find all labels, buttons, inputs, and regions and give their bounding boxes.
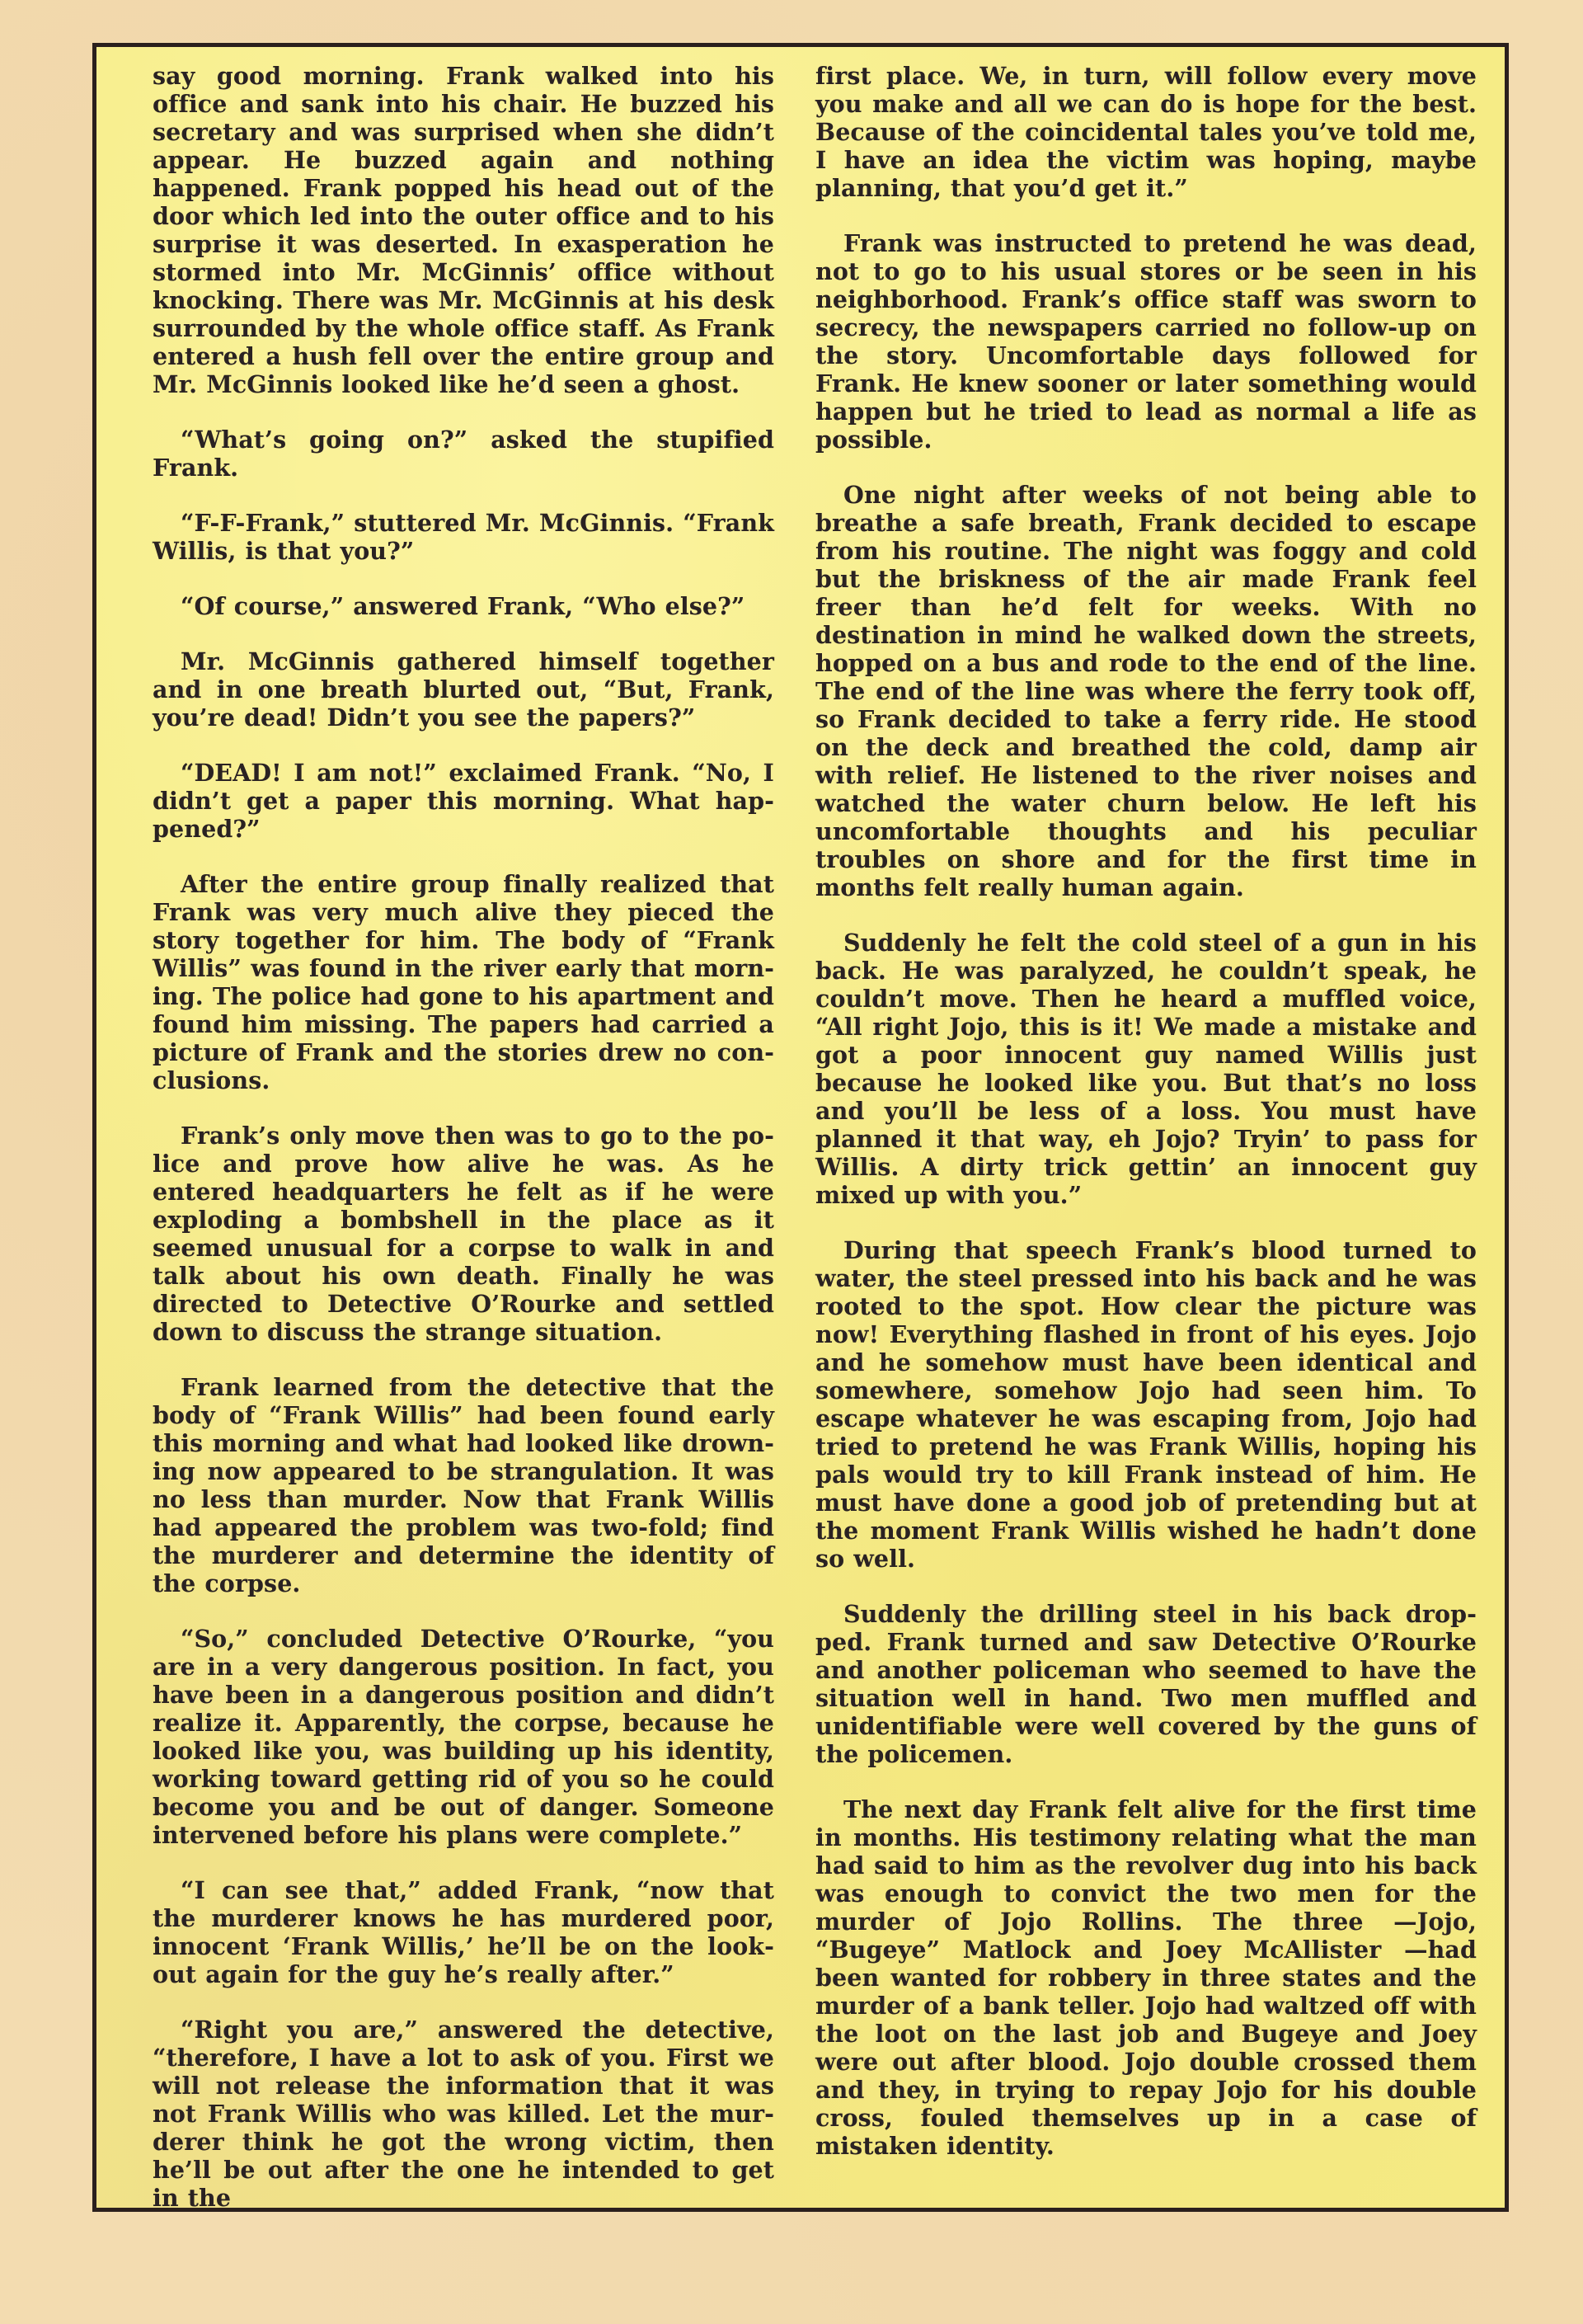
paragraph: “So,” concluded Detective O’Rourke, “you… bbox=[153, 1625, 774, 1849]
paragraph: “I can see that,” added Frank, “now that… bbox=[153, 1876, 774, 1988]
story-text-box: say good morning. Frank walked into his … bbox=[92, 43, 1509, 2212]
right-text-column: first place. We, in turn, will follow ev… bbox=[815, 62, 1477, 2160]
paragraph: Suddenly the drilling steel in his back … bbox=[815, 1600, 1477, 1768]
paragraph: The next day Frank felt alive for the fi… bbox=[815, 1795, 1477, 2160]
paragraph: During that speech Frank’s blood turned … bbox=[815, 1236, 1477, 1573]
paragraph: “DEAD! I am not!” exclaimed Frank. “No, … bbox=[153, 759, 774, 843]
paragraph: Frank was instructed to pretend he was d… bbox=[815, 229, 1477, 454]
paragraph: Frank’s only move then was to go to the … bbox=[153, 1122, 774, 1346]
paragraph: Suddenly he felt the cold steel of a gun… bbox=[815, 929, 1477, 1209]
paragraph: Frank learned from the detective that th… bbox=[153, 1373, 774, 1597]
paragraph: “Of course,” answered Frank, “Who else?” bbox=[153, 592, 774, 620]
paragraph: “F-F-Frank,” stuttered Mr. McGinnis. “Fr… bbox=[153, 509, 774, 565]
paragraph: “Right you are,” answered the detective,… bbox=[153, 2016, 774, 2212]
left-text-column: say good morning. Frank walked into his … bbox=[153, 62, 774, 2212]
paragraph: “What’s going on?” asked the stupified F… bbox=[153, 426, 774, 482]
paragraph: first place. We, in turn, will follow ev… bbox=[815, 62, 1477, 202]
paragraph: Mr. McGinnis gathered himself together a… bbox=[153, 647, 774, 732]
paragraph: One night after weeks of not being able … bbox=[815, 481, 1477, 901]
paragraph: say good morning. Frank walked into his … bbox=[153, 62, 774, 398]
paragraph: After the entire group finally realized … bbox=[153, 870, 774, 1094]
